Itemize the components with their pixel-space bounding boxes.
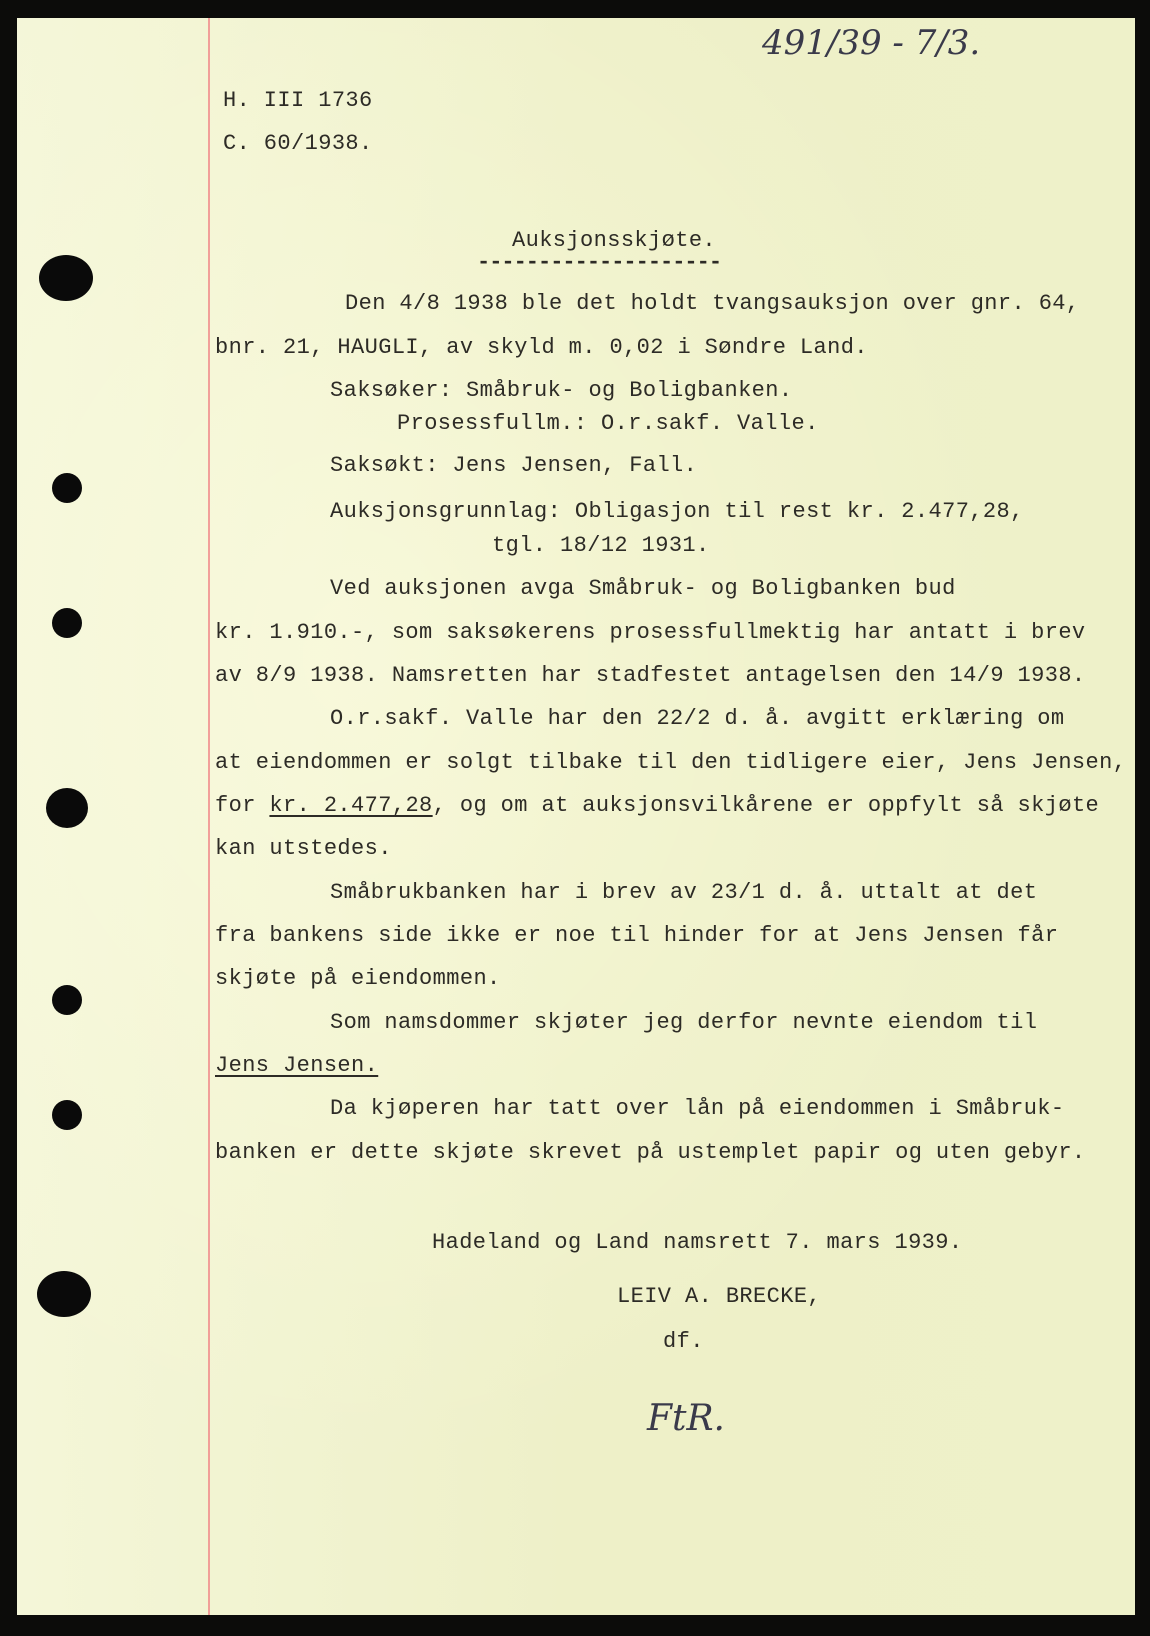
reference-line: C. 60/1938. bbox=[223, 131, 373, 156]
body-line: O.r.sakf. Valle har den 22/2 d. å. avgit… bbox=[330, 706, 1065, 731]
punch-hole bbox=[37, 1271, 91, 1317]
punch-hole bbox=[39, 255, 93, 301]
handwritten-initials: FtR. bbox=[647, 1398, 725, 1439]
handwritten-reference: 491/39 - 7/3. bbox=[762, 23, 980, 63]
signatory-suffix: df. bbox=[663, 1329, 704, 1354]
body-text: for bbox=[215, 793, 269, 818]
body-line: at eiendommen er solgt tilbake til den t… bbox=[215, 750, 1126, 775]
underlined-amount: kr. 2.477,28 bbox=[269, 793, 432, 818]
body-line: Den 4/8 1938 ble det holdt tvangsauksjon… bbox=[345, 291, 1080, 316]
body-line: Saksøker: Småbruk- og Boligbanken. bbox=[330, 378, 792, 403]
punch-hole bbox=[46, 788, 88, 828]
body-line: fra bankens side ikke er noe til hinder … bbox=[215, 923, 1058, 948]
punch-hole bbox=[52, 608, 82, 638]
punch-hole bbox=[52, 1100, 82, 1130]
body-line: banken er dette skjøte skrevet på ustemp… bbox=[215, 1140, 1086, 1165]
body-text: , og om at auksjonsvilkårene er oppfylt … bbox=[433, 793, 1100, 818]
body-line: for kr. 2.477,28, og om at auksjonsvilkå… bbox=[215, 793, 1099, 818]
buyer-name: Jens Jensen. bbox=[215, 1053, 378, 1078]
body-line: tgl. 18/12 1931. bbox=[492, 533, 710, 558]
title-rule: -------------------- bbox=[477, 250, 721, 275]
body-line: Prosessfullm.: O.r.sakf. Valle. bbox=[397, 411, 819, 436]
body-line: kan utstedes. bbox=[215, 836, 392, 861]
document-page: 491/39 - 7/3. H. III 1736 C. 60/1938. Au… bbox=[17, 18, 1135, 1615]
body-line: av 8/9 1938. Namsretten har stadfestet a… bbox=[215, 663, 1086, 688]
signatory-name: LEIV A. BRECKE, bbox=[617, 1284, 821, 1309]
body-line: Auksjonsgrunnlag: Obligasjon til rest kr… bbox=[330, 499, 1024, 524]
body-line: Småbrukbanken har i brev av 23/1 d. å. u… bbox=[330, 880, 1037, 905]
body-line: Som namsdommer skjøter jeg derfor nevnte… bbox=[330, 1010, 1037, 1035]
body-line: Saksøkt: Jens Jensen, Fall. bbox=[330, 453, 697, 478]
punch-hole bbox=[52, 473, 82, 503]
body-line: Ved auksjonen avga Småbruk- og Boligbank… bbox=[330, 576, 956, 601]
body-line: kr. 1.910.-, som saksøkerens prosessfull… bbox=[215, 620, 1086, 645]
body-line: bnr. 21, HAUGLI, av skyld m. 0,02 i Sønd… bbox=[215, 335, 868, 360]
body-line: Da kjøperen har tatt over lån på eiendom… bbox=[330, 1096, 1065, 1121]
body-line: skjøte på eiendommen. bbox=[215, 966, 501, 991]
reference-line: H. III 1736 bbox=[223, 88, 373, 113]
punch-hole bbox=[52, 985, 82, 1015]
margin-line bbox=[208, 18, 210, 1615]
place-date: Hadeland og Land namsrett 7. mars 1939. bbox=[432, 1230, 962, 1255]
